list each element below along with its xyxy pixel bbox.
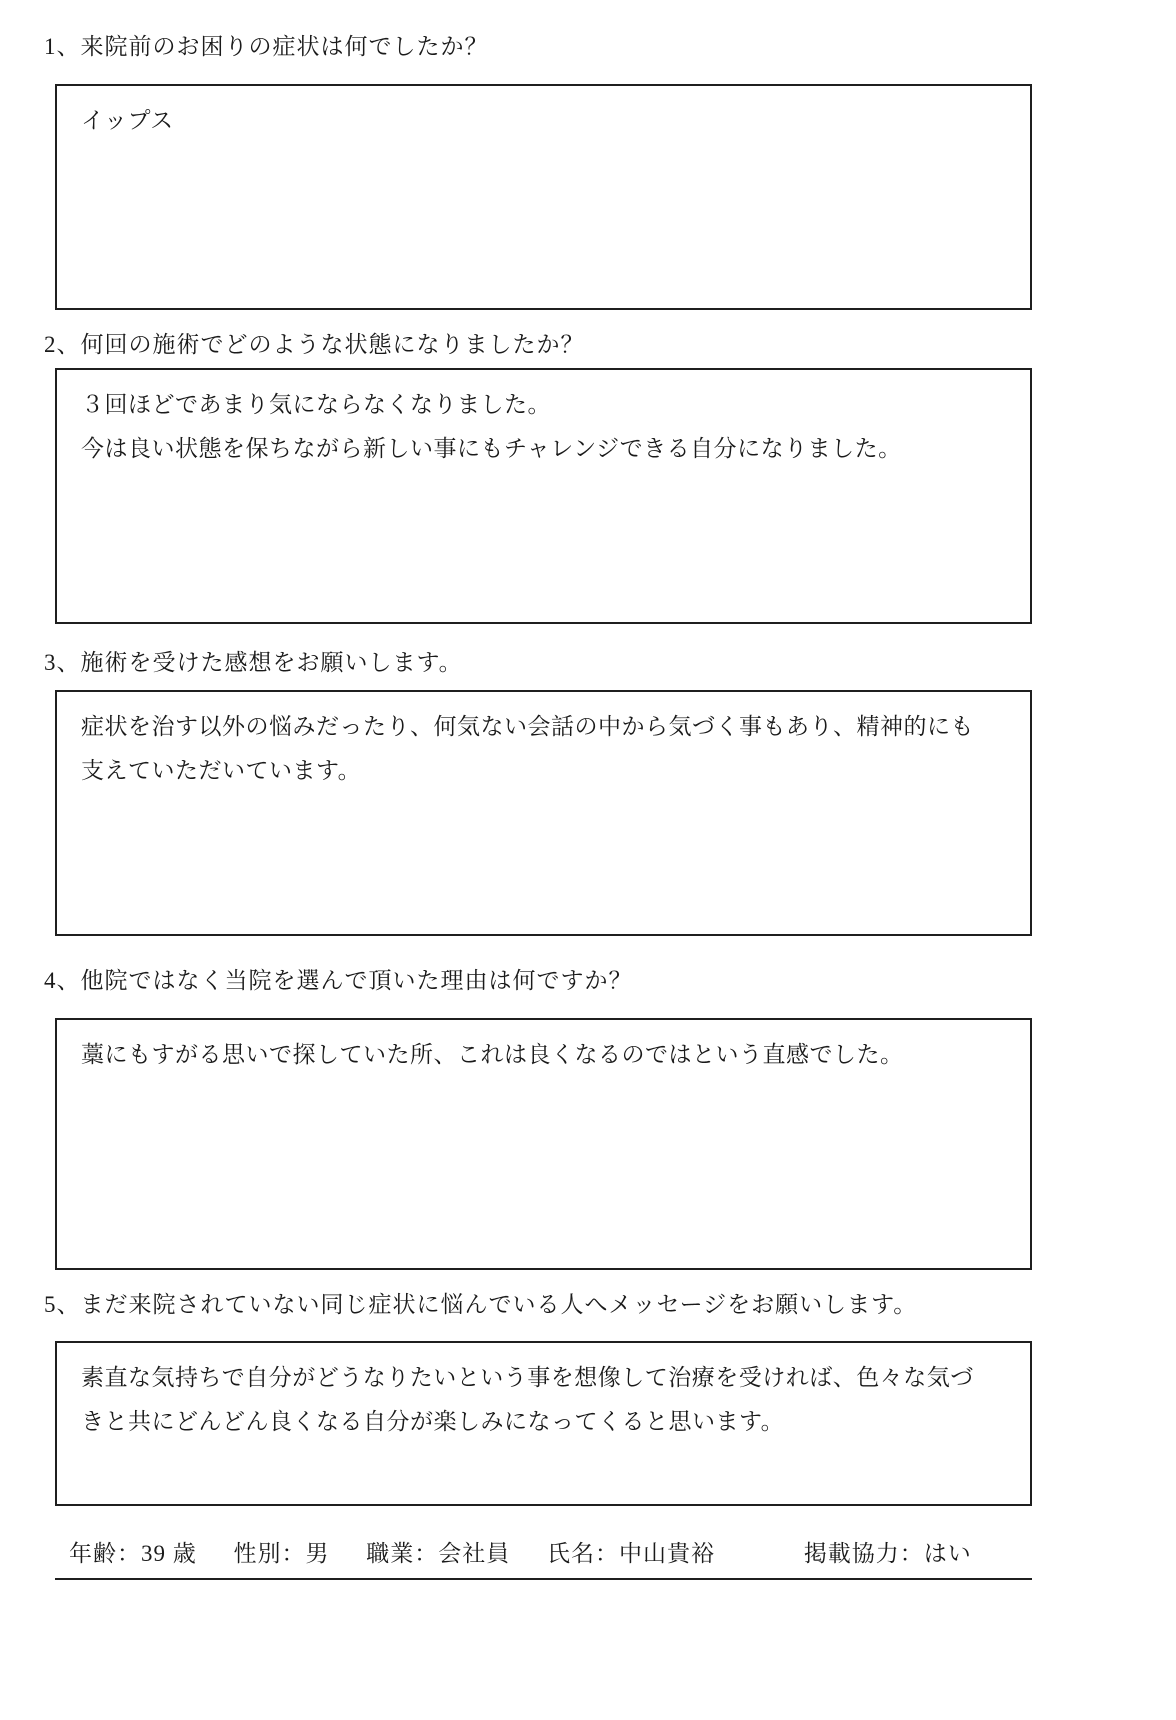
question-5-answer-box: 素直な気持ちで自分がどうなりたいという事を想像して治療を受ければ、色々な気づ き… [55, 1341, 1032, 1506]
answer-line: イップス [81, 99, 1006, 143]
respondent-gender: 性別：男 [234, 1541, 330, 1566]
answer-line: 素直な気持ちで自分がどうなりたいという事を想像して治療を受ければ、色々な気づ [81, 1356, 1006, 1400]
question-3-label: 3、施術を受けた感想をお願いします。 [44, 644, 463, 677]
answer-line: ３回ほどであまり気にならなくなりました。 [81, 383, 1006, 427]
respondent-age: 年齢：39 歳 [69, 1541, 197, 1566]
respondent-info-row: 年齢：39 歳 性別：男 職業：会社員 氏名：中山貴裕 掲載協力：はい [55, 1535, 1032, 1580]
answer-line: 今は良い状態を保ちながら新しい事にもチャレンジできる自分になりました。 [81, 427, 1006, 471]
answer-line: 症状を治す以外の悩みだったり、何気ない会話の中から気づく事もあり、精神的にも [81, 705, 1006, 749]
question-4-answer-box: 藁にもすがる思いで探していた所、これは良くなるのではという直感でした。 [55, 1018, 1032, 1270]
question-2-label: 2、何回の施術でどのような状態になりましたか？ [44, 326, 585, 359]
answer-line: 支えていただいています。 [81, 749, 1006, 793]
question-1-answer-box: イップス [55, 84, 1032, 310]
question-4-label: 4、他院ではなく当院を選んで頂いた理由は何ですか？ [44, 962, 633, 995]
respondent-occupation: 職業：会社員 [366, 1541, 510, 1566]
question-5-label: 5、まだ来院されていない同じ症状に悩んでいる人へメッセージをお願いします。 [44, 1286, 917, 1319]
question-2-answer-box: ３回ほどであまり気にならなくなりました。 今は良い状態を保ちながら新しい事にもチ… [55, 368, 1032, 624]
answer-line: 藁にもすがる思いで探していた所、これは良くなるのではという直感でした。 [81, 1033, 1006, 1077]
answer-line: きと共にどんどん良くなる自分が楽しみになってくると思います。 [81, 1400, 1006, 1444]
respondent-name: 氏名：中山貴裕 [547, 1541, 715, 1566]
questionnaire-document: 1、来院前のお困りの症状は何でしたか？ イップス 2、何回の施術でどのような状態… [0, 0, 1176, 1720]
question-1-label: 1、来院前のお困りの症状は何でしたか？ [44, 28, 489, 61]
question-3-answer-box: 症状を治す以外の悩みだったり、何気ない会話の中から気づく事もあり、精神的にも 支… [55, 690, 1032, 936]
publication-consent: 掲載協力：はい [804, 1541, 972, 1566]
